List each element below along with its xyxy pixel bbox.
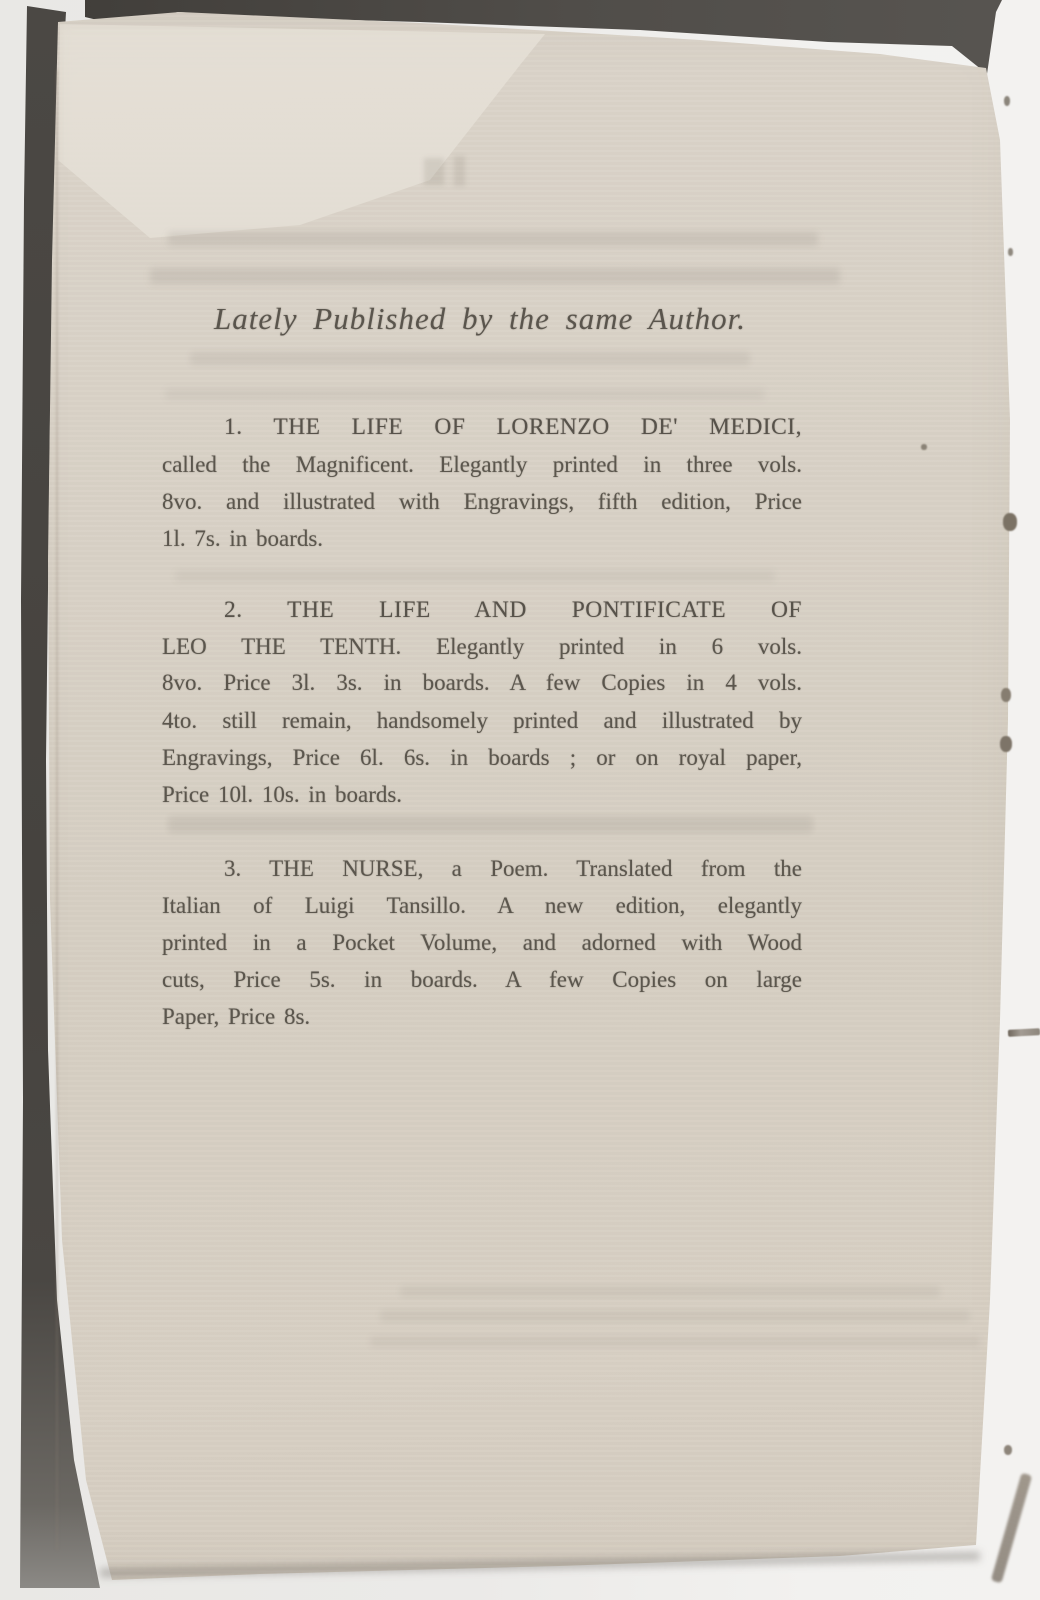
paper-edge-speck — [1004, 1445, 1012, 1455]
listing-2-line: 4to. still remain, handsomely printed an… — [162, 706, 802, 736]
paper-edge-speck — [1008, 248, 1013, 256]
paper-speck — [921, 444, 927, 450]
listing-2-line: Engravings, Price 6l. 6s. in boards ; or… — [162, 743, 802, 773]
listing-3-line: Italian of Luigi Tansillo. A new edition… — [162, 891, 802, 921]
listing-1-line: 1l. 7s. in boards. — [162, 524, 802, 554]
printed-text-block: Lately Published by the same Author. 1. … — [0, 0, 1040, 1600]
book-page-photo: Lately Published by the same Author. 1. … — [0, 0, 1040, 1600]
listing-2-line: 8vo. Price 3l. 3s. in boards. A few Copi… — [162, 668, 802, 698]
paper-edge-speck — [1001, 688, 1011, 702]
listing-2-line: 2. THE LIFE AND PONTIFICATE OF — [162, 595, 802, 625]
listing-1-line: 1. THE LIFE OF LORENZO DE' MEDICI, — [162, 412, 802, 442]
listing-3-line: Paper, Price 8s. — [162, 1002, 802, 1032]
listing-3-line: cuts, Price 5s. in boards. A few Copies … — [162, 965, 802, 995]
paper-edge-speck — [1004, 96, 1010, 106]
paper-edge-blotch — [1003, 513, 1017, 531]
listing-1-line: 8vo. and illustrated with Engravings, fi… — [162, 487, 802, 517]
paper-edge-blotch — [1000, 736, 1012, 752]
listing-3-line: 3. THE NURSE, a Poem. Translated from th… — [162, 854, 802, 884]
listing-2-line: Price 10l. 10s. in boards. — [162, 780, 802, 810]
listing-2-line: LEO THE TENTH. Elegantly printed in 6 vo… — [162, 632, 802, 662]
listing-1-line: called the Magnificent. Elegantly printe… — [162, 450, 802, 480]
page-heading: Lately Published by the same Author. — [165, 301, 795, 337]
listing-3-line: printed in a Pocket Volume, and adorned … — [162, 928, 802, 958]
